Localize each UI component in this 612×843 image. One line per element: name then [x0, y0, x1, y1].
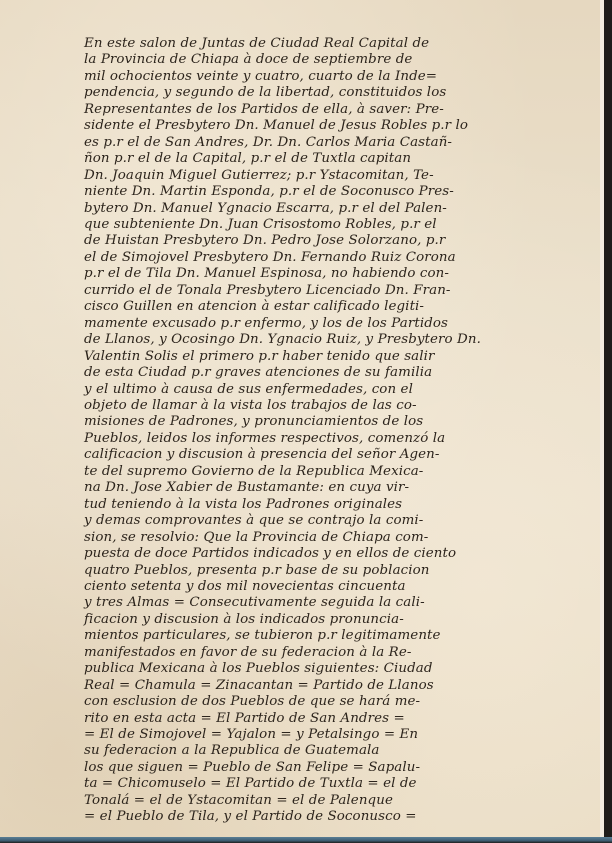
manuscript-line: mamente excusado p.r enfermo, y los de l…	[84, 316, 554, 332]
manuscript-line: cisco Guillen en atencion à estar califi…	[84, 299, 554, 315]
manuscript-line: de Llanos, y Ocosingo Dn. Ygnacio Ruiz, …	[84, 332, 554, 348]
manuscript-line: te del supremo Govierno de la Republica …	[84, 464, 554, 480]
manuscript-line: Tonalá = el de Ystacomitan = el de Palen…	[84, 793, 554, 809]
manuscript-line: Representantes de los Partidos de ella, …	[84, 102, 554, 118]
manuscript-line: ta = Chicomuselo = El Partido de Tuxtla …	[84, 776, 554, 792]
manuscript-line: publica Mexicana à los Pueblos siguiente…	[84, 661, 554, 677]
manuscript-page: En este salon de Juntas de Ciudad Real C…	[0, 0, 604, 837]
manuscript-line: = El de Simojovel = Yajalon = y Petalsin…	[84, 727, 554, 743]
manuscript-line: bytero Dn. Manuel Ygnacio Escarra, p.r e…	[84, 201, 554, 217]
manuscript-line: con esclusion de dos Pueblos de que se h…	[84, 694, 554, 710]
scan-border-bottom	[0, 837, 612, 843]
manuscript-line: Dn. Joaquin Miguel Gutierrez; p.r Ystaco…	[84, 168, 554, 184]
manuscript-line: la Provincia de Chiapa à doce de septiem…	[84, 52, 554, 68]
manuscript-line: el de Simojovel Presbytero Dn. Fernando …	[84, 250, 554, 266]
manuscript-line: su federacion a la Republica de Guatemal…	[84, 743, 554, 759]
manuscript-line: Real = Chamula = Zinacantan = Partido de…	[84, 678, 554, 694]
manuscript-line: ciento setenta y dos mil novecientas cin…	[84, 579, 554, 595]
manuscript-line: quatro Pueblos, presenta p.r base de su …	[84, 563, 554, 579]
manuscript-line: y demas comprovantes à que se contrajo l…	[84, 513, 554, 529]
manuscript-line: manifestados en favor de su federacion à…	[84, 645, 554, 661]
manuscript-line: Valentin Solis el primero p.r haber teni…	[84, 349, 554, 365]
manuscript-line: mientos particulares, se tubieron p.r le…	[84, 628, 554, 644]
manuscript-line: puesta de doce Partidos indicados y en e…	[84, 546, 554, 562]
manuscript-line: niente Dn. Martin Esponda, p.r el de Soc…	[84, 184, 554, 200]
manuscript-line: que subteniente Dn. Juan Crisostomo Robl…	[84, 217, 554, 233]
manuscript-line: es p.r el de San Andres, Dr. Dn. Carlos …	[84, 135, 554, 151]
manuscript-line: na Dn. Jose Xabier de Bustamante: en cuy…	[84, 480, 554, 496]
manuscript-line: objeto de llamar à la vista los trabajos…	[84, 398, 554, 414]
manuscript-line: misiones de Padrones, y pronunciamientos…	[84, 414, 554, 430]
manuscript-line: currido el de Tonala Presbytero Licencia…	[84, 283, 554, 299]
manuscript-line: En este salon de Juntas de Ciudad Real C…	[84, 36, 554, 52]
manuscript-line: sidente el Presbytero Dn. Manuel de Jesu…	[84, 118, 554, 134]
manuscript-line: tud teniendo à la vista los Padrones ori…	[84, 497, 554, 513]
scan-border-right	[604, 0, 612, 843]
manuscript-line: p.r el de Tila Dn. Manuel Espinosa, no h…	[84, 266, 554, 282]
manuscript-line: calificacion y discusion à presencia del…	[84, 447, 554, 463]
manuscript-line: pendencia, y segundo de la libertad, con…	[84, 85, 554, 101]
manuscript-line: Pueblos, leidos los informes respectivos…	[84, 431, 554, 447]
manuscript-line: ficacion y discusion à los indicados pro…	[84, 612, 554, 628]
manuscript-line: rito en esta acta = El Partido de San An…	[84, 711, 554, 727]
manuscript-line: mil ochocientos veinte y cuatro, cuarto …	[84, 69, 554, 85]
manuscript-line: de Huistan Presbytero Dn. Pedro Jose Sol…	[84, 233, 554, 249]
manuscript-line: ñon p.r el de la Capital, p.r el de Tuxt…	[84, 151, 554, 167]
manuscript-line: y tres Almas = Consecutivamente seguida …	[84, 595, 554, 611]
manuscript-line: de esta Ciudad p.r graves atenciones de …	[84, 365, 554, 381]
manuscript-line: y el ultimo à causa de sus enfermedades,…	[84, 382, 554, 398]
manuscript-line: los que siguen = Pueblo de San Felipe = …	[84, 760, 554, 776]
manuscript-line: sion, se resolvio: Que la Provincia de C…	[84, 530, 554, 546]
manuscript-text: En este salon de Juntas de Ciudad Real C…	[84, 36, 554, 826]
manuscript-line: = el Pueblo de Tila, y el Partido de Soc…	[84, 809, 554, 825]
